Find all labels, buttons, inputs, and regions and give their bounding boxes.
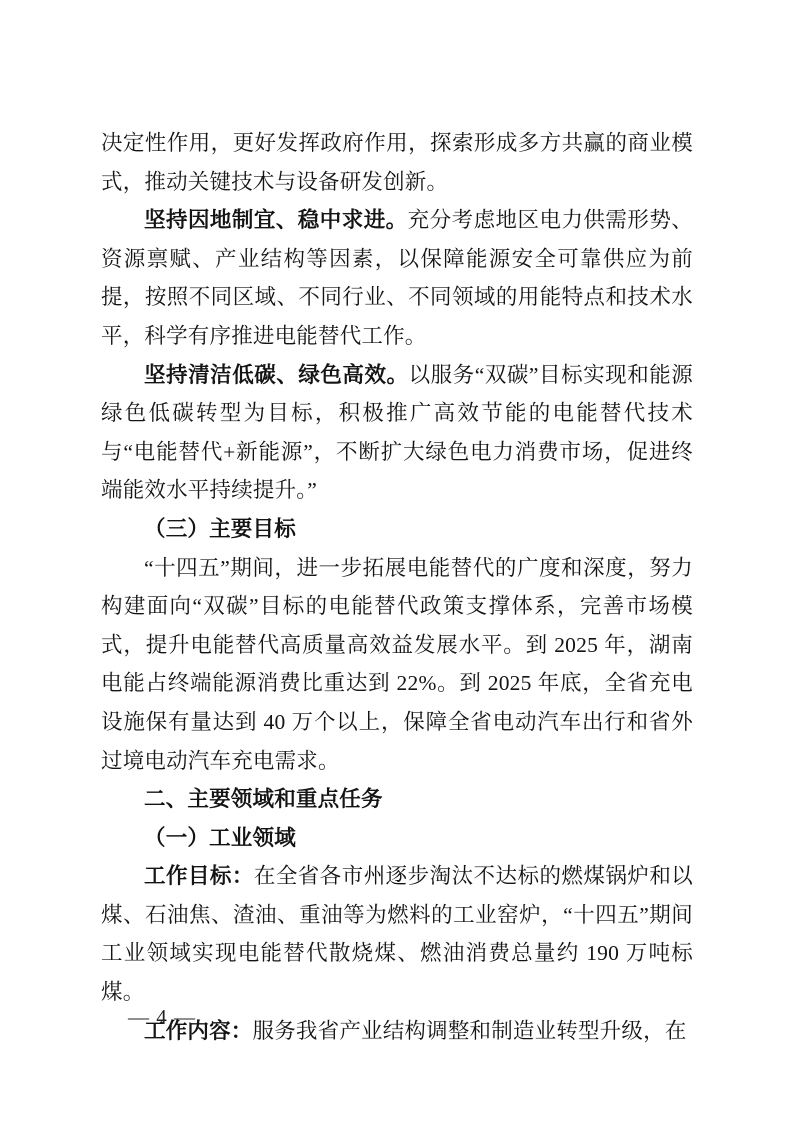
paragraph: 工作目标：在全省各市州逐步淘汰不达标的燃煤锅炉和以煤、石油焦、渣油、重油等为燃料… [101,857,693,1011]
document-page: 决定性作用，更好发挥政府作用，探索形成多方共赢的商业模式，推动关键技术与设备研发… [0,0,793,1122]
body-text: 服务我省产业结构调整和制造业转型升级，在 [253,1019,687,1043]
paragraph: 决定性作用，更好发挥政府作用，探索形成多方共赢的商业模式，推动关键技术与设备研发… [101,124,693,201]
section-heading: （一）工业领域 [101,819,693,858]
page-number: — 4 — [128,1002,196,1032]
paragraph: 坚持清洁低碳、绿色高效。以服务“双碳”目标实现和能源绿色低碳转型为目标，积极推广… [101,356,693,510]
emphasis-text: 坚持因地制宜、稳中求进。 [144,208,408,232]
emphasis-text: （三）主要目标 [144,517,296,541]
section-heading: 二、主要领域和重点任务 [101,780,693,819]
section-heading: （三）主要目标 [101,510,693,549]
document-body: 决定性作用，更好发挥政府作用，探索形成多方共赢的商业模式，推动关键技术与设备研发… [101,124,693,1050]
emphasis-text: 二、主要领域和重点任务 [144,787,383,811]
body-text: “十四五”期间，进一步拓展电能替代的广度和深度，努力构建面向“双碳”目标的电能替… [101,556,693,773]
body-text: 决定性作用，更好发挥政府作用，探索形成多方共赢的商业模式，推动关键技术与设备研发… [101,131,693,194]
emphasis-text: （一）工业领域 [144,826,296,850]
emphasis-text: 工作目标： [144,864,254,888]
paragraph: 坚持因地制宜、稳中求进。充分考虑地区电力供需形势、资源禀赋、产业结构等因素，以保… [101,201,693,355]
emphasis-text: 坚持清洁低碳、绿色高效。 [144,363,409,387]
paragraph: “十四五”期间，进一步拓展电能替代的广度和深度，努力构建面向“双碳”目标的电能替… [101,549,693,781]
